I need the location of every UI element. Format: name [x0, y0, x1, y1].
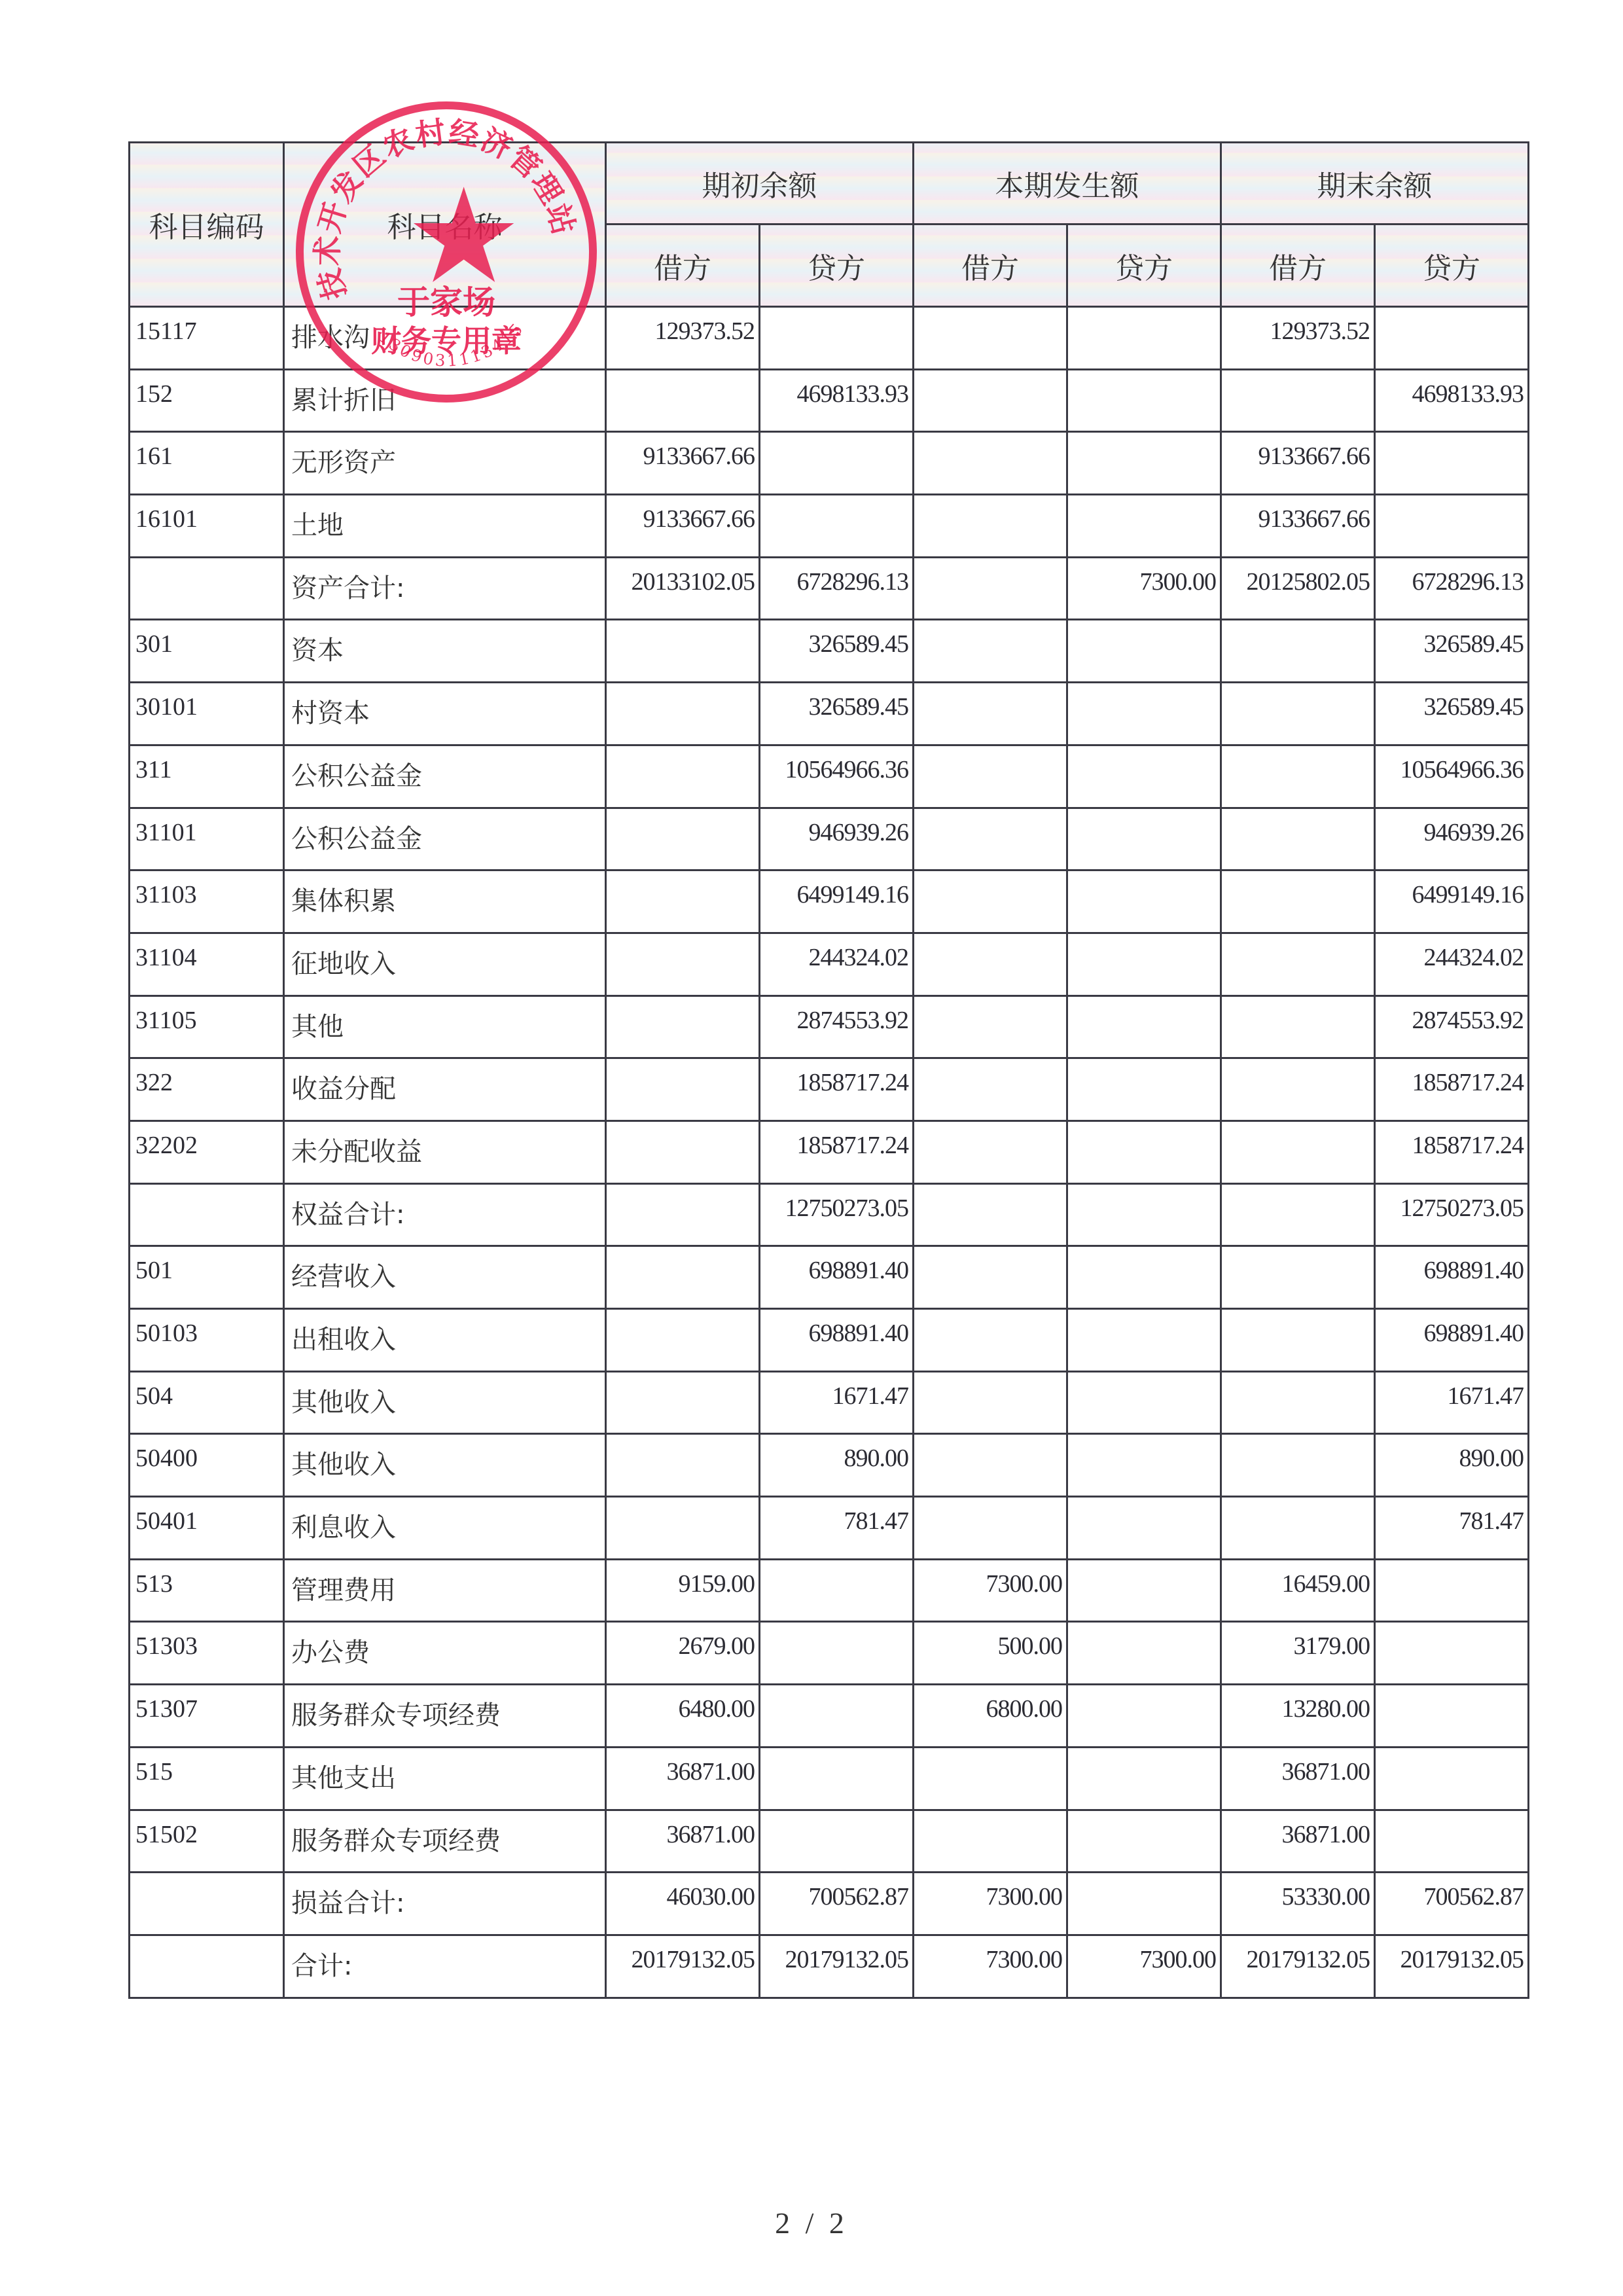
- cell-closing-credit: 12750273.05: [1375, 1183, 1529, 1246]
- cell-period-credit: [1067, 1121, 1221, 1183]
- cell-closing-credit: 326589.45: [1375, 683, 1529, 745]
- table-row: 50400其他收入890.00890.00: [130, 1434, 1529, 1497]
- cell-opening-debit: [606, 1183, 760, 1246]
- cell-account-code: [130, 557, 284, 620]
- cell-account-name: 土地: [284, 495, 606, 558]
- cell-closing-credit: [1375, 1685, 1529, 1748]
- cell-period-debit: [914, 683, 1067, 745]
- cell-closing-debit: [1221, 369, 1375, 432]
- cell-account-name: 无形资产: [284, 432, 606, 495]
- cell-account-code: 30101: [130, 683, 284, 745]
- cell-opening-debit: 20133102.05: [606, 557, 760, 620]
- cell-closing-debit: [1221, 1371, 1375, 1434]
- cell-period-credit: 7300.00: [1067, 1935, 1221, 1998]
- cell-opening-debit: 129373.52: [606, 307, 760, 370]
- cell-closing-credit: [1375, 432, 1529, 495]
- cell-period-credit: [1067, 495, 1221, 558]
- cell-opening-debit: [606, 1246, 760, 1309]
- table-row: 31105其他2874553.922874553.92: [130, 996, 1529, 1058]
- cell-closing-credit: 6499149.16: [1375, 870, 1529, 933]
- cell-account-name: 收益分配: [284, 1058, 606, 1121]
- cell-opening-credit: [760, 432, 914, 495]
- table-row: 32202未分配收益1858717.241858717.24: [130, 1121, 1529, 1183]
- header-account-code: 科目编码: [130, 143, 284, 307]
- cell-account-name: 服务群众专项经费: [284, 1685, 606, 1748]
- cell-period-credit: [1067, 870, 1221, 933]
- cell-period-credit: [1067, 1309, 1221, 1372]
- cell-period-credit: [1067, 1371, 1221, 1434]
- cell-account-code: 515: [130, 1747, 284, 1810]
- cell-period-debit: [914, 557, 1067, 620]
- cell-opening-credit: 1858717.24: [760, 1058, 914, 1121]
- table-row: 50103出租收入698891.40698891.40: [130, 1309, 1529, 1372]
- cell-period-credit: [1067, 1622, 1221, 1685]
- cell-closing-debit: [1221, 1497, 1375, 1560]
- cell-opening-debit: [606, 1309, 760, 1372]
- cell-account-code: 311: [130, 745, 284, 808]
- cell-closing-debit: [1221, 870, 1375, 933]
- table-row: 504其他收入1671.471671.47: [130, 1371, 1529, 1434]
- cell-account-code: 31105: [130, 996, 284, 1058]
- table-row: 15117排水沟129373.52129373.52: [130, 307, 1529, 370]
- cell-opening-debit: [606, 1497, 760, 1560]
- cell-account-name: 资本: [284, 620, 606, 683]
- cell-account-code: 50103: [130, 1309, 284, 1372]
- cell-account-code: 31104: [130, 933, 284, 996]
- cell-opening-debit: [606, 369, 760, 432]
- cell-period-credit: [1067, 933, 1221, 996]
- cell-period-credit: [1067, 1559, 1221, 1622]
- table-row: 51502服务群众专项经费36871.0036871.00: [130, 1810, 1529, 1873]
- cell-period-credit: [1067, 1873, 1221, 1935]
- cell-period-debit: 7300.00: [914, 1873, 1067, 1935]
- table-row: 161无形资产9133667.669133667.66: [130, 432, 1529, 495]
- cell-opening-credit: 6499149.16: [760, 870, 914, 933]
- cell-closing-credit: 1671.47: [1375, 1371, 1529, 1434]
- trial-balance-table: 科目编码 科目名称 期初余额 本期发生额 期末余额 借方 贷方 借方 贷方 借方…: [128, 141, 1529, 1999]
- cell-opening-credit: 326589.45: [760, 620, 914, 683]
- header-opening-balance: 期初余额: [606, 143, 914, 224]
- cell-period-debit: 7300.00: [914, 1559, 1067, 1622]
- cell-account-code: 51303: [130, 1622, 284, 1685]
- cell-account-code: 301: [130, 620, 284, 683]
- cell-opening-debit: 9133667.66: [606, 432, 760, 495]
- cell-account-name: 其他收入: [284, 1434, 606, 1497]
- cell-period-debit: [914, 1810, 1067, 1873]
- table-row: 16101土地9133667.669133667.66: [130, 495, 1529, 558]
- table-body: 15117排水沟129373.52129373.52152累计折旧4698133…: [130, 307, 1529, 1998]
- cell-period-debit: [914, 933, 1067, 996]
- cell-account-name: 办公费: [284, 1622, 606, 1685]
- cell-account-name: 未分配收益: [284, 1121, 606, 1183]
- cell-period-debit: [914, 495, 1067, 558]
- cell-period-debit: [914, 1497, 1067, 1560]
- cell-closing-credit: 781.47: [1375, 1497, 1529, 1560]
- cell-opening-credit: 698891.40: [760, 1309, 914, 1372]
- table-row: 31101公积公益金946939.26946939.26: [130, 808, 1529, 870]
- cell-account-name: 合计:: [284, 1935, 606, 1998]
- cell-closing-debit: 16459.00: [1221, 1559, 1375, 1622]
- cell-closing-credit: [1375, 1810, 1529, 1873]
- cell-period-debit: [914, 1183, 1067, 1246]
- cell-period-credit: [1067, 745, 1221, 808]
- cell-opening-credit: [760, 1685, 914, 1748]
- cell-closing-debit: [1221, 1058, 1375, 1121]
- cell-closing-debit: [1221, 996, 1375, 1058]
- cell-closing-debit: [1221, 620, 1375, 683]
- cell-opening-debit: 20179132.05: [606, 1935, 760, 1998]
- cell-period-credit: [1067, 1685, 1221, 1748]
- cell-account-code: 51502: [130, 1810, 284, 1873]
- cell-account-name: 公积公益金: [284, 745, 606, 808]
- header-closing-debit: 借方: [1221, 224, 1375, 307]
- cell-opening-credit: 10564966.36: [760, 745, 914, 808]
- cell-account-name: 其他支出: [284, 1747, 606, 1810]
- cell-closing-credit: 1858717.24: [1375, 1058, 1529, 1121]
- table-row: 50401利息收入781.47781.47: [130, 1497, 1529, 1560]
- table-row: 515其他支出36871.0036871.00: [130, 1747, 1529, 1810]
- cell-closing-credit: 698891.40: [1375, 1246, 1529, 1309]
- cell-opening-credit: [760, 1747, 914, 1810]
- cell-period-credit: [1067, 1434, 1221, 1497]
- cell-closing-credit: 700562.87: [1375, 1873, 1529, 1935]
- cell-closing-debit: 20179132.05: [1221, 1935, 1375, 1998]
- cell-account-name: 征地收入: [284, 933, 606, 996]
- cell-opening-debit: [606, 933, 760, 996]
- cell-account-code: 15117: [130, 307, 284, 370]
- cell-closing-credit: 946939.26: [1375, 808, 1529, 870]
- cell-closing-debit: [1221, 808, 1375, 870]
- cell-closing-debit: 36871.00: [1221, 1810, 1375, 1873]
- cell-period-debit: [914, 1058, 1067, 1121]
- cell-period-debit: 6800.00: [914, 1685, 1067, 1748]
- cell-period-credit: [1067, 1183, 1221, 1246]
- cell-period-credit: [1067, 369, 1221, 432]
- cell-account-code: 504: [130, 1371, 284, 1434]
- cell-account-code: 50401: [130, 1497, 284, 1560]
- cell-closing-credit: 1858717.24: [1375, 1121, 1529, 1183]
- cell-closing-credit: 698891.40: [1375, 1309, 1529, 1372]
- cell-opening-credit: 1858717.24: [760, 1121, 914, 1183]
- cell-closing-credit: [1375, 1622, 1529, 1685]
- header-period-amount: 本期发生额: [914, 143, 1221, 224]
- cell-closing-debit: [1221, 1183, 1375, 1246]
- cell-opening-debit: [606, 870, 760, 933]
- cell-period-credit: [1067, 1246, 1221, 1309]
- table-row: 损益合计:46030.00700562.877300.0053330.00700…: [130, 1873, 1529, 1935]
- cell-opening-debit: [606, 745, 760, 808]
- cell-opening-credit: [760, 1559, 914, 1622]
- table-row: 51307服务群众专项经费6480.006800.0013280.00: [130, 1685, 1529, 1748]
- cell-period-credit: [1067, 808, 1221, 870]
- cell-closing-debit: 129373.52: [1221, 307, 1375, 370]
- cell-closing-debit: 3179.00: [1221, 1622, 1375, 1685]
- cell-closing-credit: 20179132.05: [1375, 1935, 1529, 1998]
- cell-opening-debit: 36871.00: [606, 1810, 760, 1873]
- cell-closing-credit: 4698133.93: [1375, 369, 1529, 432]
- cell-closing-credit: 244324.02: [1375, 933, 1529, 996]
- cell-account-code: [130, 1873, 284, 1935]
- table-row: 152累计折旧4698133.934698133.93: [130, 369, 1529, 432]
- cell-account-name: 集体积累: [284, 870, 606, 933]
- cell-period-debit: 7300.00: [914, 1935, 1067, 1998]
- header-opening-debit: 借方: [606, 224, 760, 307]
- cell-opening-debit: [606, 1121, 760, 1183]
- cell-closing-credit: [1375, 495, 1529, 558]
- cell-period-debit: [914, 808, 1067, 870]
- cell-period-credit: [1067, 1497, 1221, 1560]
- table-row: 资产合计:20133102.056728296.137300.002012580…: [130, 557, 1529, 620]
- cell-opening-debit: [606, 620, 760, 683]
- cell-closing-debit: 53330.00: [1221, 1873, 1375, 1935]
- cell-period-debit: [914, 870, 1067, 933]
- cell-period-credit: [1067, 307, 1221, 370]
- cell-period-debit: [914, 1246, 1067, 1309]
- cell-closing-credit: [1375, 307, 1529, 370]
- cell-period-debit: [914, 745, 1067, 808]
- cell-closing-debit: [1221, 1121, 1375, 1183]
- cell-opening-credit: 946939.26: [760, 808, 914, 870]
- table-row: 501经营收入698891.40698891.40: [130, 1246, 1529, 1309]
- header-account-name: 科目名称: [284, 143, 606, 307]
- cell-opening-debit: 46030.00: [606, 1873, 760, 1935]
- cell-closing-credit: [1375, 1559, 1529, 1622]
- cell-account-name: 出租收入: [284, 1309, 606, 1372]
- table-row: 301资本326589.45326589.45: [130, 620, 1529, 683]
- cell-opening-credit: 890.00: [760, 1434, 914, 1497]
- cell-period-debit: [914, 1309, 1067, 1372]
- cell-account-name: 管理费用: [284, 1559, 606, 1622]
- cell-opening-debit: [606, 808, 760, 870]
- cell-opening-credit: 781.47: [760, 1497, 914, 1560]
- cell-account-name: 其他: [284, 996, 606, 1058]
- header-closing-credit: 贷方: [1375, 224, 1529, 307]
- cell-account-code: 513: [130, 1559, 284, 1622]
- table-row: 322收益分配1858717.241858717.24: [130, 1058, 1529, 1121]
- cell-closing-debit: 9133667.66: [1221, 495, 1375, 558]
- cell-period-debit: [914, 1747, 1067, 1810]
- table-row: 合计:20179132.0520179132.057300.007300.002…: [130, 1935, 1529, 1998]
- cell-opening-debit: 6480.00: [606, 1685, 760, 1748]
- cell-opening-credit: [760, 495, 914, 558]
- cell-account-code: 501: [130, 1246, 284, 1309]
- header-period-credit: 贷方: [1067, 224, 1221, 307]
- cell-account-code: [130, 1183, 284, 1246]
- cell-period-credit: [1067, 1810, 1221, 1873]
- cell-opening-credit: 6728296.13: [760, 557, 914, 620]
- table-row: 513管理费用9159.007300.0016459.00: [130, 1559, 1529, 1622]
- cell-opening-debit: [606, 996, 760, 1058]
- cell-account-code: [130, 1935, 284, 1998]
- cell-opening-credit: 12750273.05: [760, 1183, 914, 1246]
- cell-period-debit: [914, 432, 1067, 495]
- cell-closing-debit: [1221, 683, 1375, 745]
- cell-opening-debit: [606, 1434, 760, 1497]
- cell-period-debit: [914, 1434, 1067, 1497]
- cell-opening-debit: 2679.00: [606, 1622, 760, 1685]
- cell-account-code: 152: [130, 369, 284, 432]
- cell-account-code: 31101: [130, 808, 284, 870]
- cell-closing-credit: 2874553.92: [1375, 996, 1529, 1058]
- header-closing-balance: 期末余额: [1221, 143, 1529, 224]
- cell-period-credit: 7300.00: [1067, 557, 1221, 620]
- cell-opening-debit: [606, 683, 760, 745]
- cell-closing-debit: 36871.00: [1221, 1747, 1375, 1810]
- cell-account-code: 16101: [130, 495, 284, 558]
- cell-closing-debit: 9133667.66: [1221, 432, 1375, 495]
- cell-closing-credit: 6728296.13: [1375, 557, 1529, 620]
- cell-account-name: 权益合计:: [284, 1183, 606, 1246]
- cell-opening-credit: [760, 307, 914, 370]
- table-row: 31103集体积累6499149.166499149.16: [130, 870, 1529, 933]
- cell-closing-debit: 20125802.05: [1221, 557, 1375, 620]
- cell-closing-credit: 326589.45: [1375, 620, 1529, 683]
- cell-period-credit: [1067, 996, 1221, 1058]
- cell-account-name: 经营收入: [284, 1246, 606, 1309]
- cell-opening-credit: 4698133.93: [760, 369, 914, 432]
- table-row: 权益合计:12750273.0512750273.05: [130, 1183, 1529, 1246]
- cell-opening-credit: 20179132.05: [760, 1935, 914, 1998]
- cell-account-name: 损益合计:: [284, 1873, 606, 1935]
- header-opening-credit: 贷方: [760, 224, 914, 307]
- cell-closing-debit: [1221, 1434, 1375, 1497]
- cell-account-name: 利息收入: [284, 1497, 606, 1560]
- cell-account-name: 排水沟: [284, 307, 606, 370]
- cell-opening-debit: [606, 1371, 760, 1434]
- cell-opening-credit: 2874553.92: [760, 996, 914, 1058]
- cell-account-code: 161: [130, 432, 284, 495]
- cell-account-name: 公积公益金: [284, 808, 606, 870]
- cell-period-debit: [914, 307, 1067, 370]
- cell-period-credit: [1067, 683, 1221, 745]
- cell-opening-debit: 36871.00: [606, 1747, 760, 1810]
- cell-period-credit: [1067, 620, 1221, 683]
- cell-opening-credit: [760, 1810, 914, 1873]
- cell-period-credit: [1067, 432, 1221, 495]
- cell-opening-debit: [606, 1058, 760, 1121]
- cell-period-debit: [914, 1371, 1067, 1434]
- cell-account-name: 其他收入: [284, 1371, 606, 1434]
- cell-closing-debit: [1221, 933, 1375, 996]
- cell-opening-credit: 244324.02: [760, 933, 914, 996]
- cell-account-name: 累计折旧: [284, 369, 606, 432]
- table-row: 311公积公益金10564966.3610564966.36: [130, 745, 1529, 808]
- header-period-debit: 借方: [914, 224, 1067, 307]
- cell-period-debit: 500.00: [914, 1622, 1067, 1685]
- table-row: 31104征地收入244324.02244324.02: [130, 933, 1529, 996]
- cell-closing-credit: 890.00: [1375, 1434, 1529, 1497]
- table-row: 30101村资本326589.45326589.45: [130, 683, 1529, 745]
- cell-closing-credit: [1375, 1747, 1529, 1810]
- cell-opening-credit: 326589.45: [760, 683, 914, 745]
- cell-closing-debit: [1221, 1246, 1375, 1309]
- cell-account-name: 村资本: [284, 683, 606, 745]
- cell-period-debit: [914, 996, 1067, 1058]
- cell-closing-credit: 10564966.36: [1375, 745, 1529, 808]
- cell-opening-debit: 9133667.66: [606, 495, 760, 558]
- page-indicator: 2 / 2: [0, 2206, 1623, 2240]
- cell-closing-debit: [1221, 745, 1375, 808]
- cell-opening-credit: 1671.47: [760, 1371, 914, 1434]
- cell-opening-credit: 698891.40: [760, 1246, 914, 1309]
- cell-opening-credit: [760, 1622, 914, 1685]
- cell-account-code: 51307: [130, 1685, 284, 1748]
- cell-closing-debit: [1221, 1309, 1375, 1372]
- cell-account-name: 资产合计:: [284, 557, 606, 620]
- cell-account-code: 32202: [130, 1121, 284, 1183]
- cell-account-code: 31103: [130, 870, 284, 933]
- cell-account-name: 服务群众专项经费: [284, 1810, 606, 1873]
- cell-period-debit: [914, 620, 1067, 683]
- cell-account-code: 50400: [130, 1434, 284, 1497]
- table-row: 51303办公费2679.00500.003179.00: [130, 1622, 1529, 1685]
- cell-period-debit: [914, 369, 1067, 432]
- cell-period-credit: [1067, 1747, 1221, 1810]
- cell-closing-debit: 13280.00: [1221, 1685, 1375, 1748]
- cell-period-credit: [1067, 1058, 1221, 1121]
- cell-account-code: 322: [130, 1058, 284, 1121]
- cell-opening-debit: 9159.00: [606, 1559, 760, 1622]
- cell-opening-credit: 700562.87: [760, 1873, 914, 1935]
- cell-period-debit: [914, 1121, 1067, 1183]
